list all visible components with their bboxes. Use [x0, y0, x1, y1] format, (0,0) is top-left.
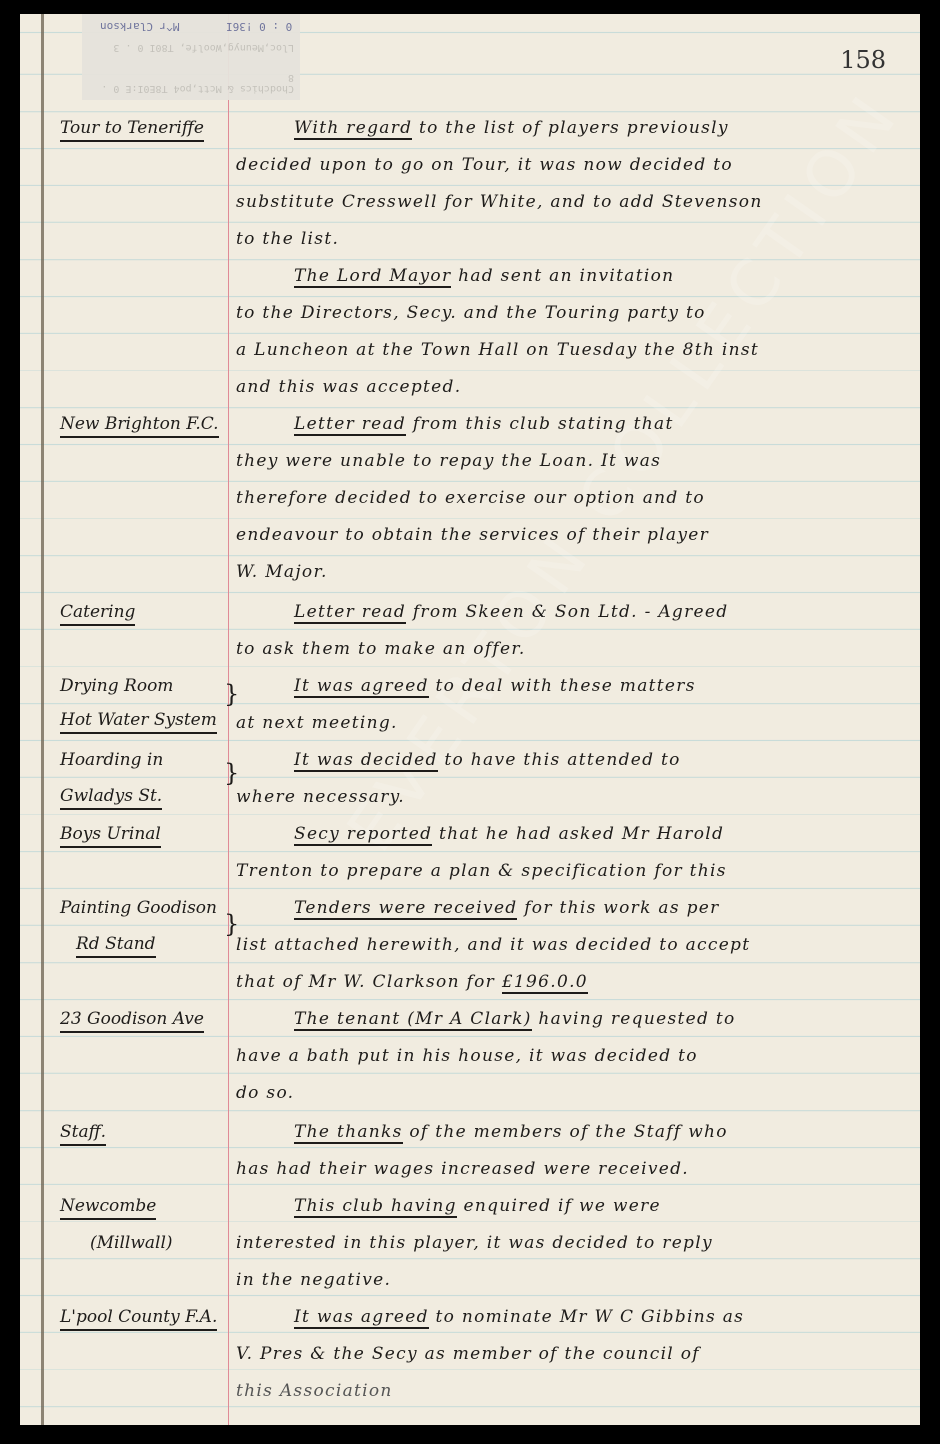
minute-line: to the list. — [236, 221, 906, 258]
minute-line: Tenders were received for this work as p… — [236, 890, 920, 927]
minute-line: do so. — [236, 1075, 906, 1112]
minute-line: interested in this player, it was decide… — [236, 1225, 906, 1262]
minute-heading-line2: (Millwall) — [90, 1225, 260, 1262]
minute-line: Trenton to prepare a plan & specificatio… — [236, 853, 906, 890]
minute-line: V. Pres & the Secy as member of the coun… — [236, 1336, 906, 1373]
minute-line: this Association — [236, 1373, 906, 1410]
minute-heading: Drying Room — [60, 668, 230, 705]
slip-ghost-text: Chodchics & Mctt,po4 T8E0I:E 0 . 8 — [92, 72, 294, 94]
minute-line: Letter read from this club stating that — [236, 406, 920, 443]
minute-line: Secy reported that he had asked Mr Harol… — [236, 816, 920, 853]
minute-line: It was agreed to deal with these matters — [236, 668, 920, 705]
minute-heading: Newcombe — [60, 1188, 230, 1225]
minute-line: The tenant (Mr A Clark) having requested… — [236, 1001, 920, 1038]
page-number: 158 — [840, 46, 886, 74]
minute-line: The thanks of the members of the Staff w… — [236, 1114, 920, 1151]
minute-line: It was decided to have this attended to — [236, 742, 920, 779]
minute-line: list attached herewith, and it was decid… — [236, 927, 906, 964]
minute-line: that of Mr W. Clarkson for £196.0.0 — [236, 964, 906, 1001]
minute-line: a Luncheon at the Town Hall on Tuesday t… — [236, 332, 906, 369]
minute-line: in the negative. — [236, 1262, 906, 1299]
minute-heading: L'pool County F.A. — [60, 1299, 230, 1336]
minute-heading-line2: Gwladys St. — [60, 778, 230, 815]
minute-line: endeavour to obtain the services of thei… — [236, 517, 906, 554]
minute-heading: New Brighton F.C. — [60, 406, 230, 443]
minute-line: they were unable to repay the Loan. It w… — [236, 443, 906, 480]
minute-heading: Tour to Teneriffe — [60, 110, 230, 147]
minute-heading-line2: Hot Water System — [60, 702, 230, 739]
minute-line: therefore decided to exercise our option… — [236, 480, 906, 517]
minute-line: With regard to the list of players previ… — [236, 110, 920, 147]
minute-line: where necessary. — [236, 779, 906, 816]
minute-heading-line2: Rd Stand — [76, 926, 246, 963]
minute-heading: Hoarding in — [60, 742, 230, 779]
minute-line: W. Major. — [236, 554, 906, 591]
binding-edge — [41, 14, 44, 1425]
slip-name: M^r Clarkson — [100, 20, 179, 33]
minute-heading: Catering — [60, 594, 230, 631]
minute-line: have a bath put in his house, it was dec… — [236, 1038, 906, 1075]
minute-heading: 23 Goodison Ave — [60, 1001, 230, 1038]
minute-line: Letter read from Skeen & Son Ltd. - Agre… — [236, 594, 920, 631]
minute-line: at next meeting. — [236, 705, 906, 742]
minute-line: to ask them to make an offer. — [236, 631, 906, 668]
minute-heading: Boys Urinal — [60, 816, 230, 853]
minute-line: This club having enquired if we were — [236, 1188, 920, 1225]
minute-line: substitute Cresswell for White, and to a… — [236, 184, 906, 221]
slip-amount: 0 : 0 !36I — [226, 20, 292, 33]
slip-ghost-text: Lloc,Meunyg,Woolfe, T80I 0 . 3 — [92, 42, 294, 53]
minute-heading: Painting Goodison — [60, 890, 230, 927]
minute-book-page: M^r Clarkson 0 : 0 !36I Lloc,Meunyg,Wool… — [20, 14, 920, 1425]
minute-line: decided upon to go on Tour, it was now d… — [236, 147, 906, 184]
minute-line: and this was accepted. — [236, 369, 906, 406]
pasted-paper-slip: M^r Clarkson 0 : 0 !36I Lloc,Meunyg,Wool… — [82, 14, 300, 100]
minute-line: has had their wages increased were recei… — [236, 1151, 906, 1188]
minute-line: The Lord Mayor had sent an invitation — [236, 258, 920, 295]
minute-line: to the Directors, Secy. and the Touring … — [236, 295, 906, 332]
minute-heading: Staff. — [60, 1114, 230, 1151]
minute-line: It was agreed to nominate Mr W C Gibbins… — [236, 1299, 920, 1336]
